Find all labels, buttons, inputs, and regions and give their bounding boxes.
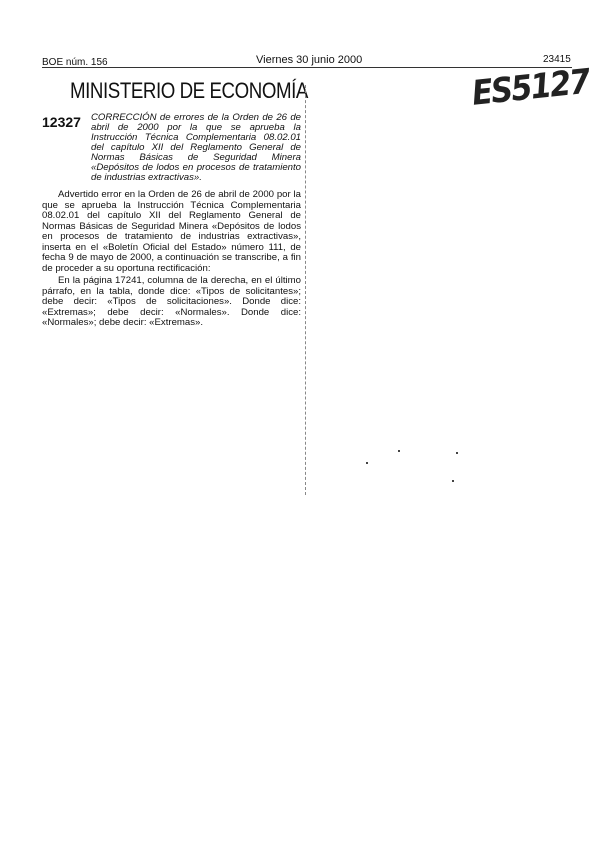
scan-speck (366, 462, 368, 464)
section-title: MINISTERIO DE ECONOMÍA (70, 78, 308, 104)
body-paragraph: En la página 17241, columna de la derech… (42, 276, 301, 329)
column-divider (305, 85, 306, 495)
scan-speck (398, 450, 400, 452)
header-rule (42, 67, 572, 68)
handwritten-stamp: ES5127 (470, 62, 591, 114)
entry-number: 12327 (42, 114, 81, 130)
entry-title: CORRECCIÓN de errores de la Orden de 26 … (91, 113, 301, 183)
scan-speck (452, 480, 454, 482)
body-paragraph: Advertido error en la Orden de 26 de abr… (42, 190, 301, 274)
scan-speck (456, 452, 458, 454)
issue-date: Viernes 30 junio 2000 (256, 54, 362, 66)
